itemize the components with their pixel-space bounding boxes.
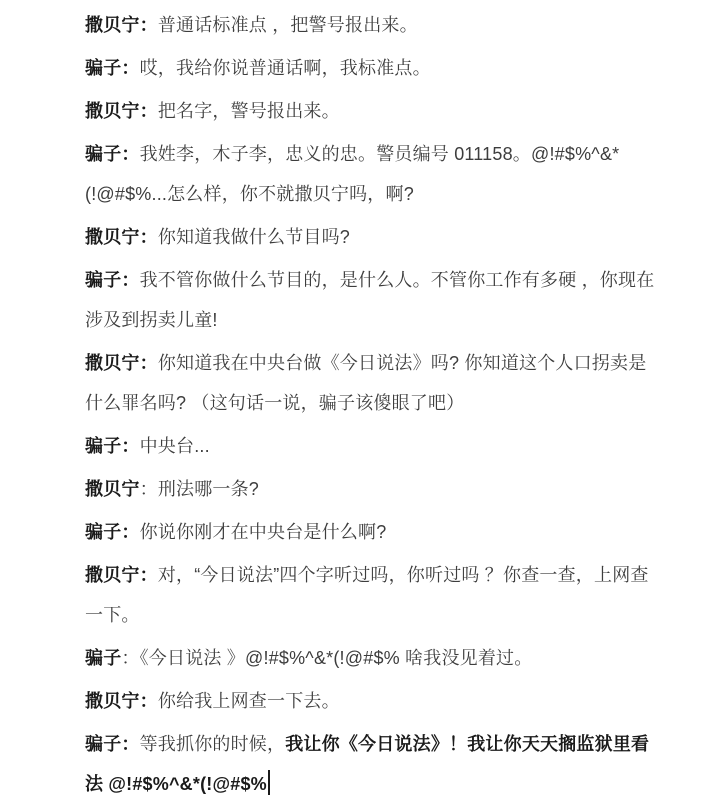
dialogue-text: 你给我上网查一下去。 bbox=[158, 691, 340, 711]
speaker-name: 撒贝宁： bbox=[85, 101, 158, 121]
dialogue-paragraph: 撒贝宁：对，“今日说法”四个字听过吗，你听过吗 ？你查一查，上网查一下。 bbox=[85, 555, 662, 635]
dialogue-paragraph: 撒贝宁：普通话标准点 ，把警号报出来。 bbox=[85, 5, 662, 45]
dialogue-text: 你知道我做什么节目吗? bbox=[158, 227, 350, 247]
speaker-name: 撒贝宁： bbox=[85, 15, 158, 35]
dialogue-text: 我姓李，木子李，忠义的忠。警员编号 011158。@!#$%^&*(!@#$%.… bbox=[85, 144, 619, 204]
dialogue-paragraph: 骗子：我不管你做什么节目的，是什么人。不管你工作有多硬 ，你现在涉及到拐卖儿童! bbox=[85, 260, 662, 340]
dialogue-paragraph: 骗子：《今日说法 》@!#$%^&*(!@#$% 啥我没见着过。 bbox=[85, 638, 662, 678]
speaker-name: 骗子： bbox=[85, 522, 140, 542]
dialogue-paragraph: 撒贝宁：你给我上网查一下去。 bbox=[85, 681, 662, 721]
speaker-name: 骗子： bbox=[85, 58, 140, 78]
dialogue-paragraph: 撒贝宁：把名字，警号报出来。 bbox=[85, 91, 662, 131]
dialogue-text: 你知道我在中央台做《今日说法》吗? 你知道这个人口拐卖是什么罪名吗? （这句话一… bbox=[85, 353, 646, 413]
speaker-name: 撒贝宁： bbox=[85, 565, 158, 585]
speaker-name: 撒贝宁： bbox=[85, 227, 158, 247]
dialogue-text: 我不管你做什么节目的，是什么人。不管你工作有多硬 ，你现在涉及到拐卖儿童! bbox=[85, 270, 654, 330]
dialogue-paragraph: 骗子：我姓李，木子李，忠义的忠。警员编号 011158。@!#$%^&*(!@#… bbox=[85, 134, 662, 214]
dialogue-paragraph: 撒贝宁：你知道我做什么节目吗? bbox=[85, 217, 662, 257]
speaker-colon: ： bbox=[140, 479, 158, 499]
dialogue-text: 对，“今日说法”四个字听过吗，你听过吗 ？你查一查，上网查一下。 bbox=[85, 565, 649, 625]
dialogue-paragraph: 骗子：哎，我给你说普通话啊，我标准点。 bbox=[85, 48, 662, 88]
speaker-name: 骗子： bbox=[85, 270, 140, 290]
dialogue-text: 把名字，警号报出来。 bbox=[158, 101, 340, 121]
dialogue-paragraph: 骗子：等我抓你的时候，我让你《今日说法》！我让你天天搁监狱里看法 @!#$%^&… bbox=[85, 724, 662, 804]
dialogue-transcript: 撒贝宁：普通话标准点 ，把警号报出来。骗子：哎，我给你说普通话啊，我标准点。撒贝… bbox=[0, 0, 662, 804]
dialogue-text: 普通话标准点 ，把警号报出来。 bbox=[158, 15, 418, 35]
dialogue-text: 哎，我给你说普通话啊，我标准点。 bbox=[140, 58, 431, 78]
dialogue-paragraph: 骗子：你说你刚才在中央台是什么啊? bbox=[85, 512, 662, 552]
dialogue-paragraph: 撒贝宁：刑法哪一条? bbox=[85, 469, 662, 509]
speaker-colon: ： bbox=[121, 648, 139, 668]
dialogue-text: 《今日说法 》@!#$%^&*(!@#$% 啥我没见着过。 bbox=[140, 648, 533, 668]
dialogue-text: 等我抓你的时候， bbox=[140, 734, 286, 754]
speaker-name: 撒贝宁： bbox=[85, 691, 158, 711]
speaker-name: 撒贝宁： bbox=[85, 353, 158, 373]
speaker-name: 骗子： bbox=[85, 144, 140, 164]
dialogue-text: 你说你刚才在中央台是什么啊? bbox=[140, 522, 387, 542]
speaker-name: 骗子： bbox=[85, 436, 140, 456]
speaker-name: 骗子： bbox=[85, 734, 140, 754]
dialogue-text: 刑法哪一条? bbox=[158, 479, 259, 499]
speaker-name: 骗子 bbox=[85, 648, 121, 668]
dialogue-paragraph: 撒贝宁：你知道我在中央台做《今日说法》吗? 你知道这个人口拐卖是什么罪名吗? （… bbox=[85, 343, 662, 423]
dialogue-paragraph: 骗子：中央台... bbox=[85, 426, 662, 466]
text-cursor[interactable] bbox=[268, 770, 270, 795]
speaker-name: 撒贝宁 bbox=[85, 479, 140, 499]
dialogue-text: 中央台... bbox=[140, 436, 210, 456]
